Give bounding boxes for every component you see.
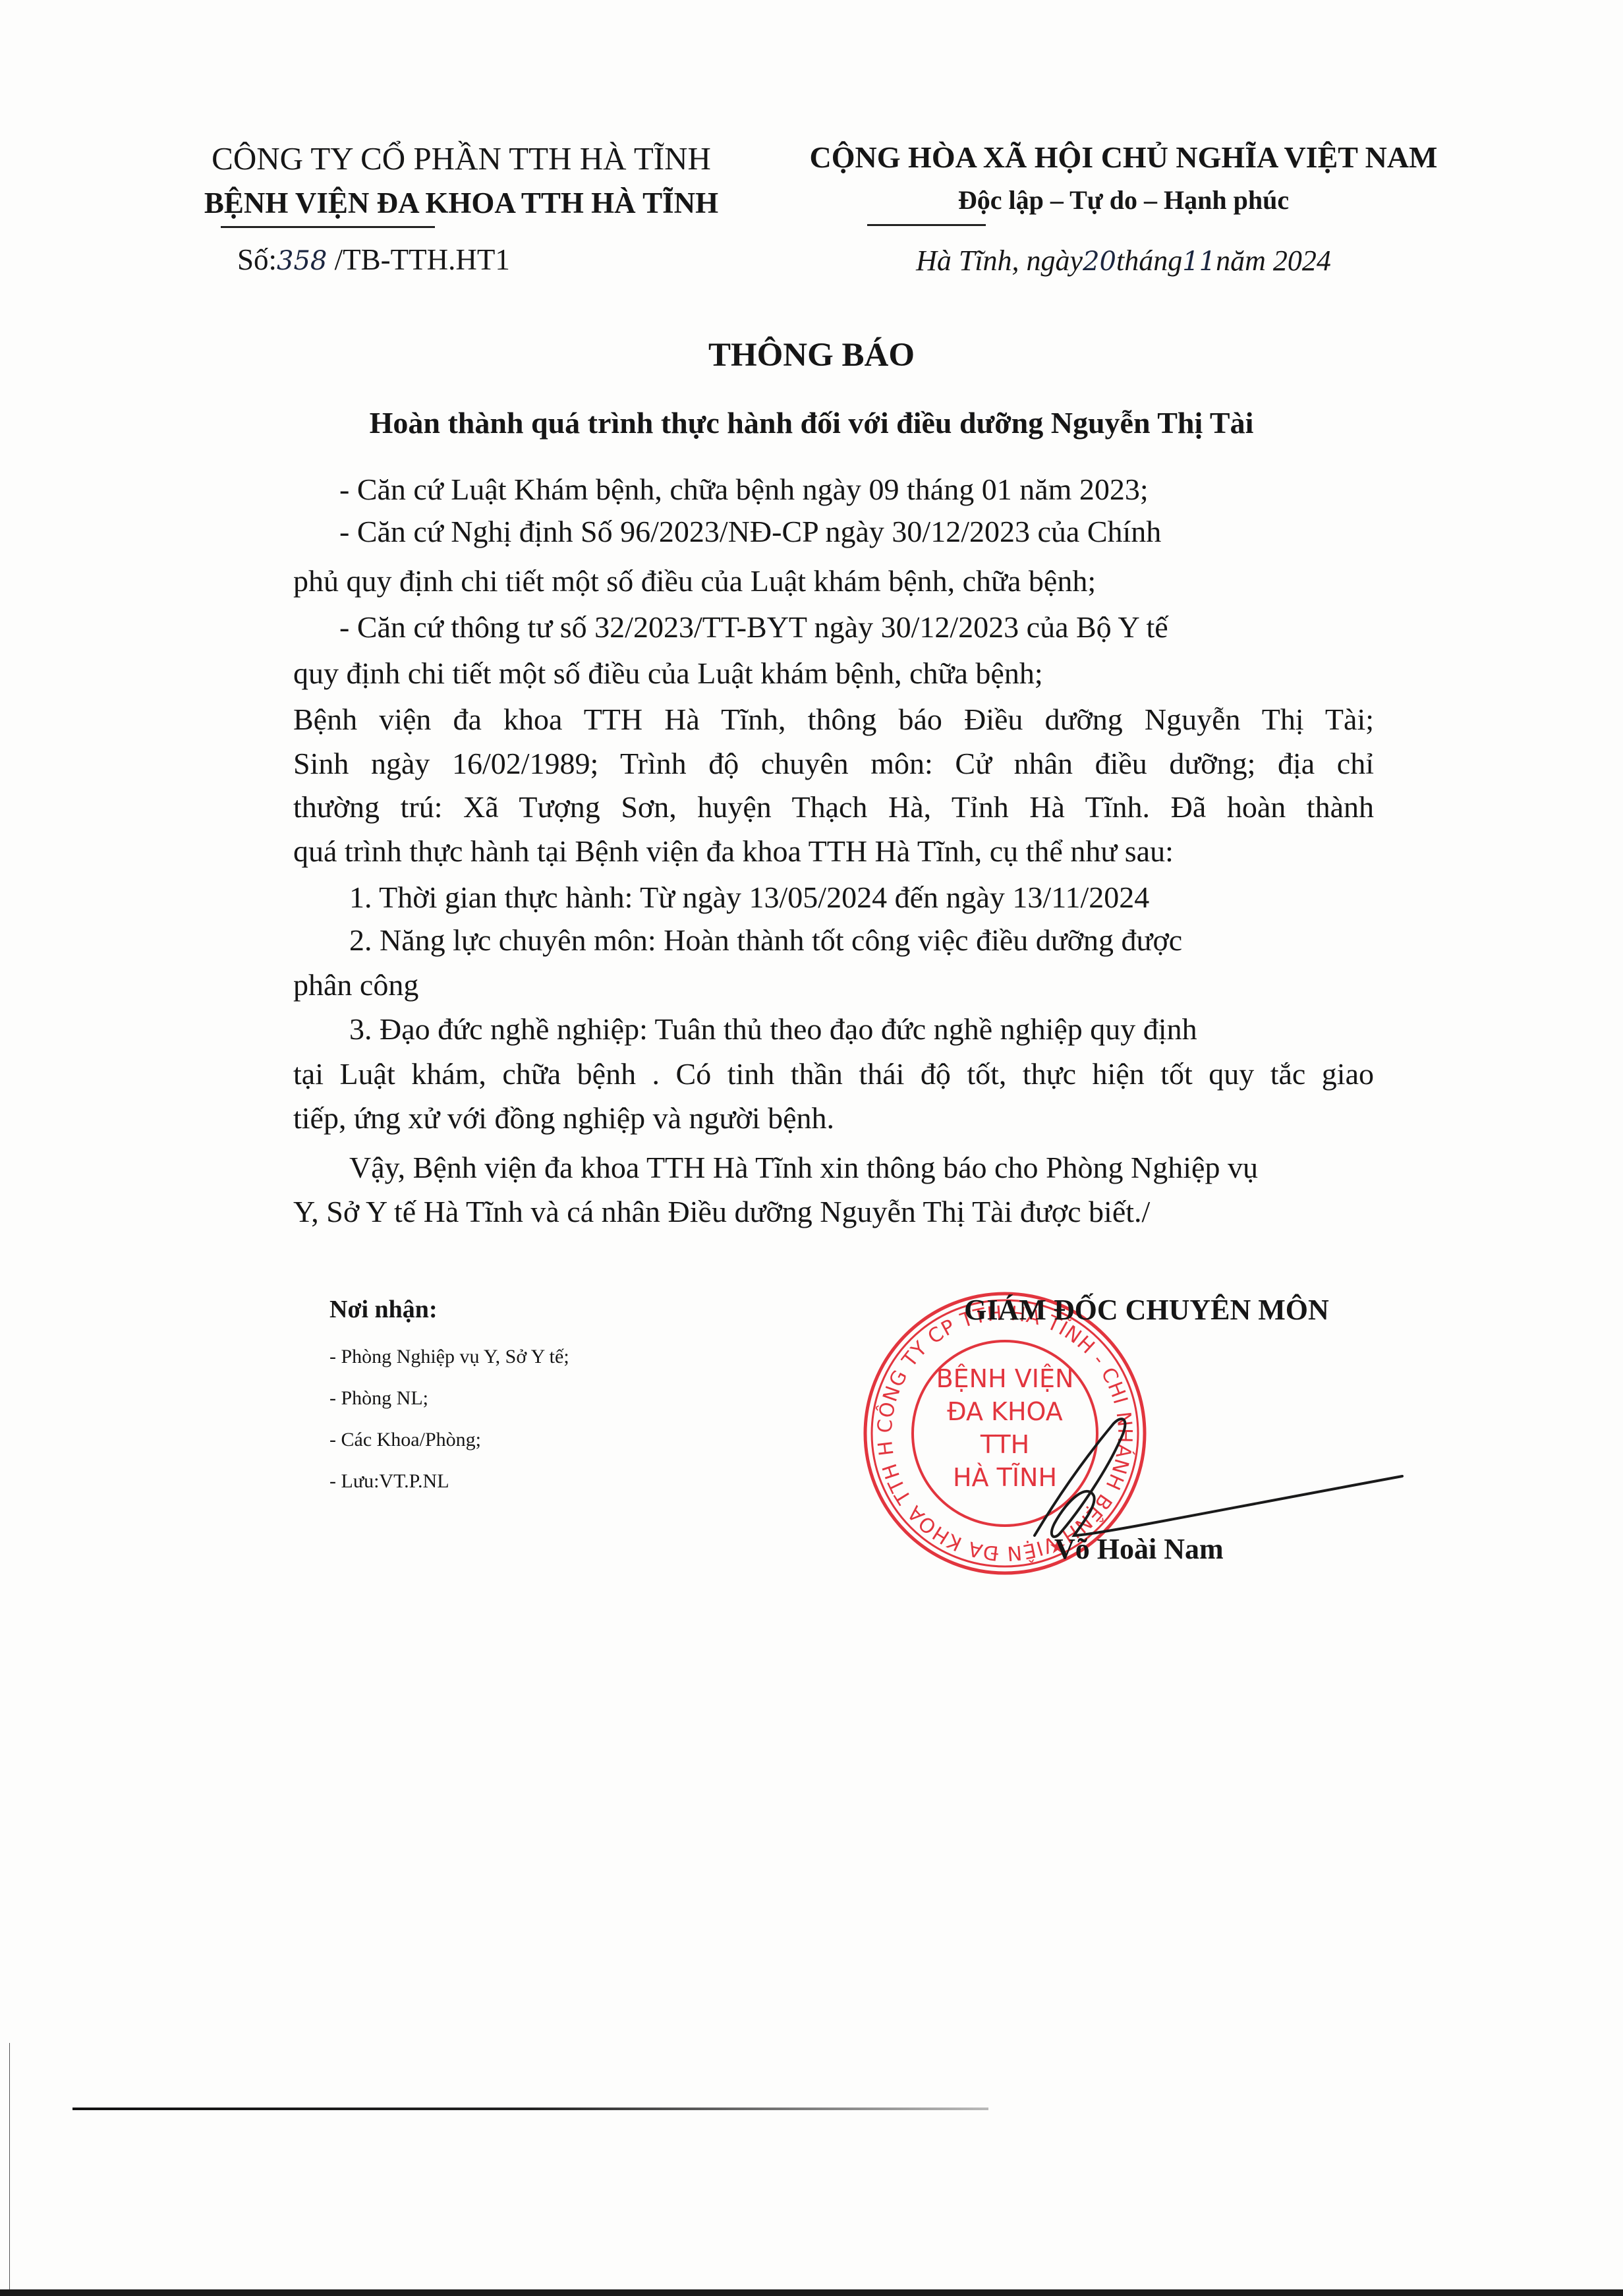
scan-edge (9, 2043, 10, 2293)
document-number: Số:358 /TB-TTH.HT1 (237, 243, 510, 277)
body-line: tại Luật khám, chữa bệnh . Có tinh thần … (293, 1056, 1374, 1091)
signature-title: GIÁM ĐỐC CHUYÊN MÔN (909, 1293, 1384, 1327)
month-label: tháng (1116, 244, 1182, 277)
body-line: - Căn cứ Luật Khám bệnh, chữa bệnh ngày … (339, 472, 1149, 507)
body-line: tiếp, ứng xử với đồng nghiệp và người bệ… (293, 1101, 834, 1135)
body-line: phủ quy định chi tiết một số điều của Lu… (293, 563, 1096, 598)
year-label: năm 2024 (1216, 244, 1331, 277)
body-line: phân công (293, 967, 418, 1002)
body-line: - Căn cứ Nghị định Số 96/2023/NĐ-CP ngày… (339, 514, 1161, 549)
recipient-item: - Phòng Nghiệp vụ Y, Sở Y tế; (329, 1346, 569, 1368)
place-date: Hà Tĩnh, ngày20tháng11năm 2024 (758, 244, 1489, 277)
number-handwritten: 358 (277, 246, 327, 276)
motto-underline (867, 224, 986, 226)
body-line: Vậy, Bệnh viện đa khoa TTH Hà Tĩnh xin t… (349, 1150, 1258, 1185)
document-subtitle: Hoàn thành quá trình thực hành đối với đ… (0, 405, 1623, 440)
body-line: Bệnh viện đa khoa TTH Hà Tĩnh, thông báo… (293, 702, 1374, 737)
day-handwritten: 20 (1083, 246, 1116, 277)
signer-name: Võ Hoài Nam (1054, 1532, 1224, 1566)
body-line: - Căn cứ thông tư số 32/2023/TT-BYT ngày… (339, 610, 1168, 645)
body-line: quy định chi tiết một số điều của Luật k… (293, 656, 1043, 691)
nation-title: CỘNG HÒA XÃ HỘI CHỦ NGHĨA VIỆT NAM (758, 140, 1489, 175)
company-name: CÔNG TY CỔ PHẦN TTH HÀ TĨNH (165, 140, 758, 177)
recipient-item: - Lưu:VT.P.NL (329, 1470, 449, 1493)
nation-motto: Độc lập – Tự do – Hạnh phúc (758, 185, 1489, 215)
body-line: Sinh ngày 16/02/1989; Trình độ chuyên mô… (293, 746, 1374, 781)
hospital-underline (221, 226, 435, 228)
hospital-name: BỆNH VIỆN ĐA KHOA TTH HÀ TĨNH (165, 186, 758, 220)
recipient-item: - Phòng NL; (329, 1387, 428, 1410)
body-line: Y, Sở Y tế Hà Tĩnh và cá nhân Điều dưỡng… (293, 1194, 1150, 1229)
place-label: Hà Tĩnh, ngày (916, 244, 1083, 277)
recipients-title: Nơi nhận: (329, 1295, 438, 1324)
scan-edge (0, 2289, 1623, 2296)
number-prefix: Số: (237, 243, 277, 276)
body-line: 2. Năng lực chuyên môn: Hoàn thành tốt c… (349, 923, 1182, 958)
recipient-item: - Các Khoa/Phòng; (329, 1429, 481, 1451)
body-line: 1. Thời gian thực hành: Từ ngày 13/05/20… (349, 880, 1149, 915)
number-suffix: /TB-TTH.HT1 (327, 243, 509, 276)
footer-divider (72, 2108, 988, 2110)
month-handwritten: 11 (1182, 246, 1216, 277)
signature-icon (1008, 1384, 1404, 1542)
body-line: thường trú: Xã Tượng Sơn, huyện Thạch Hà… (293, 789, 1374, 824)
body-line: quá trình thực hành tại Bệnh viện đa kho… (293, 834, 1174, 869)
body-line: 3. Đạo đức nghề nghiệp: Tuân thủ theo đạ… (349, 1012, 1197, 1047)
document-title: THÔNG BÁO (0, 336, 1623, 374)
